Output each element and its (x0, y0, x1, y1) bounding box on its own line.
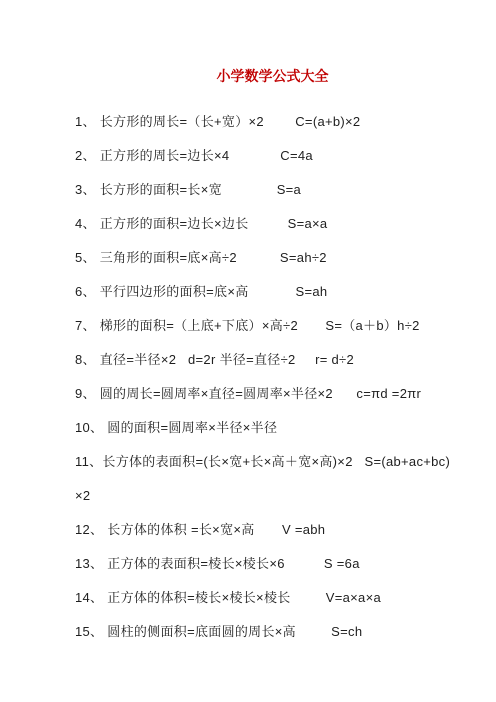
page-title: 小学数学公式大全 (75, 66, 470, 86)
formula-line: 10、 圆的面积=圆周率×半径×半径 (75, 411, 486, 445)
formula-line: 5、 三角形的面积=底×高÷2 S=ah÷2 (75, 241, 486, 275)
formula-line: 8、 直径=半径×2 d=2r 半径=直径÷2 r= d÷2 (75, 343, 486, 377)
formula-line: 9、 圆的周长=圆周率×直径=圆周率×半径×2 c=πd =2πr (75, 377, 486, 411)
formula-line: 3、 长方形的面积=长×宽 S=a (75, 173, 486, 207)
formula-line: 12、 长方体的体积 =长×宽×高 V =abh (75, 513, 486, 547)
formula-line: 11、长方体的表面积=(长×宽+长×高＋宽×高)×2 S=(ab+ac+bc) (75, 445, 486, 479)
formula-line: 7、 梯形的面积=（上底+下底）×高÷2 S=（a＋b）h÷2 (75, 309, 486, 343)
formula-line: 14、 正方体的体积=棱长×棱长×棱长 V=a×a×a (75, 581, 486, 615)
formula-line: 6、 平行四边形的面积=底×高 S=ah (75, 275, 486, 309)
formula-line: 2、 正方形的周长=边长×4 C=4a (75, 139, 486, 173)
formula-line: ×2 (75, 479, 486, 513)
document-page: 小学数学公式大全 1、 长方形的周长=（长+宽）×2 C=(a+b)×22、 正… (0, 0, 496, 702)
formula-line: 4、 正方形的面积=边长×边长 S=a×a (75, 207, 486, 241)
formula-line: 1、 长方形的周长=（长+宽）×2 C=(a+b)×2 (75, 105, 486, 139)
formula-line: 15、 圆柱的侧面积=底面圆的周长×高 S=ch (75, 615, 486, 649)
formula-list: 1、 长方形的周长=（长+宽）×2 C=(a+b)×22、 正方形的周长=边长×… (75, 105, 486, 649)
formula-line: 13、 正方体的表面积=棱长×棱长×6 S =6a (75, 547, 486, 581)
